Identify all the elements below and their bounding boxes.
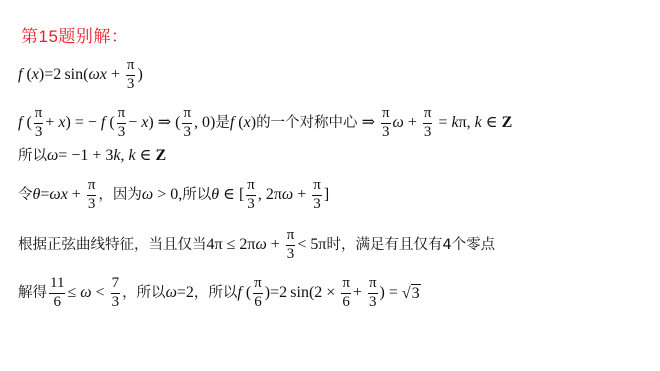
text-because: ，因为: [98, 188, 142, 203]
formula-solution: 解得116≤ ω < 73，所以ω=2，所以f (π6)=2 sin(2 × π…: [18, 276, 421, 311]
text-sine-feature: 根据正弦曲线特征，当且仅当: [18, 238, 207, 253]
text-let: 令: [18, 188, 33, 203]
text-therefore: ，所以: [122, 286, 166, 301]
formula-symmetry-center: f (π3+ x) = − f (π3− x) ⇒ (π3, 0)是f (x)的…: [18, 106, 512, 141]
text-therefore: ，所以: [194, 286, 238, 301]
text-is: 是: [215, 116, 230, 131]
formula-sine-condition: 根据正弦曲线特征，当且仅当4π ≤ 2πω + π3< 5π时，满足有且仅有4个…: [18, 228, 495, 263]
sqrt-three: √3: [402, 284, 421, 302]
formula-theta-substitution: 令θ=ωx + π3，因为ω > 0,所以θ ∈ [π3, 2πω + π3]: [18, 178, 329, 213]
text-solve: 解得: [18, 286, 47, 301]
text-therefore: 所以: [18, 149, 47, 164]
formula-omega-general: 所以ω= −1 + 3k, k ∈ Z: [18, 148, 166, 164]
page-title: 第15题别解：: [21, 22, 128, 47]
text-therefore: 所以: [182, 188, 211, 203]
text-symmetry-center: 的一个对称中心: [256, 116, 358, 131]
formula-function-definition: f (x)=2 sin(ωx + π3): [18, 58, 143, 93]
text-four-zeros: 时，满足有且仅有4个零点: [326, 238, 495, 253]
